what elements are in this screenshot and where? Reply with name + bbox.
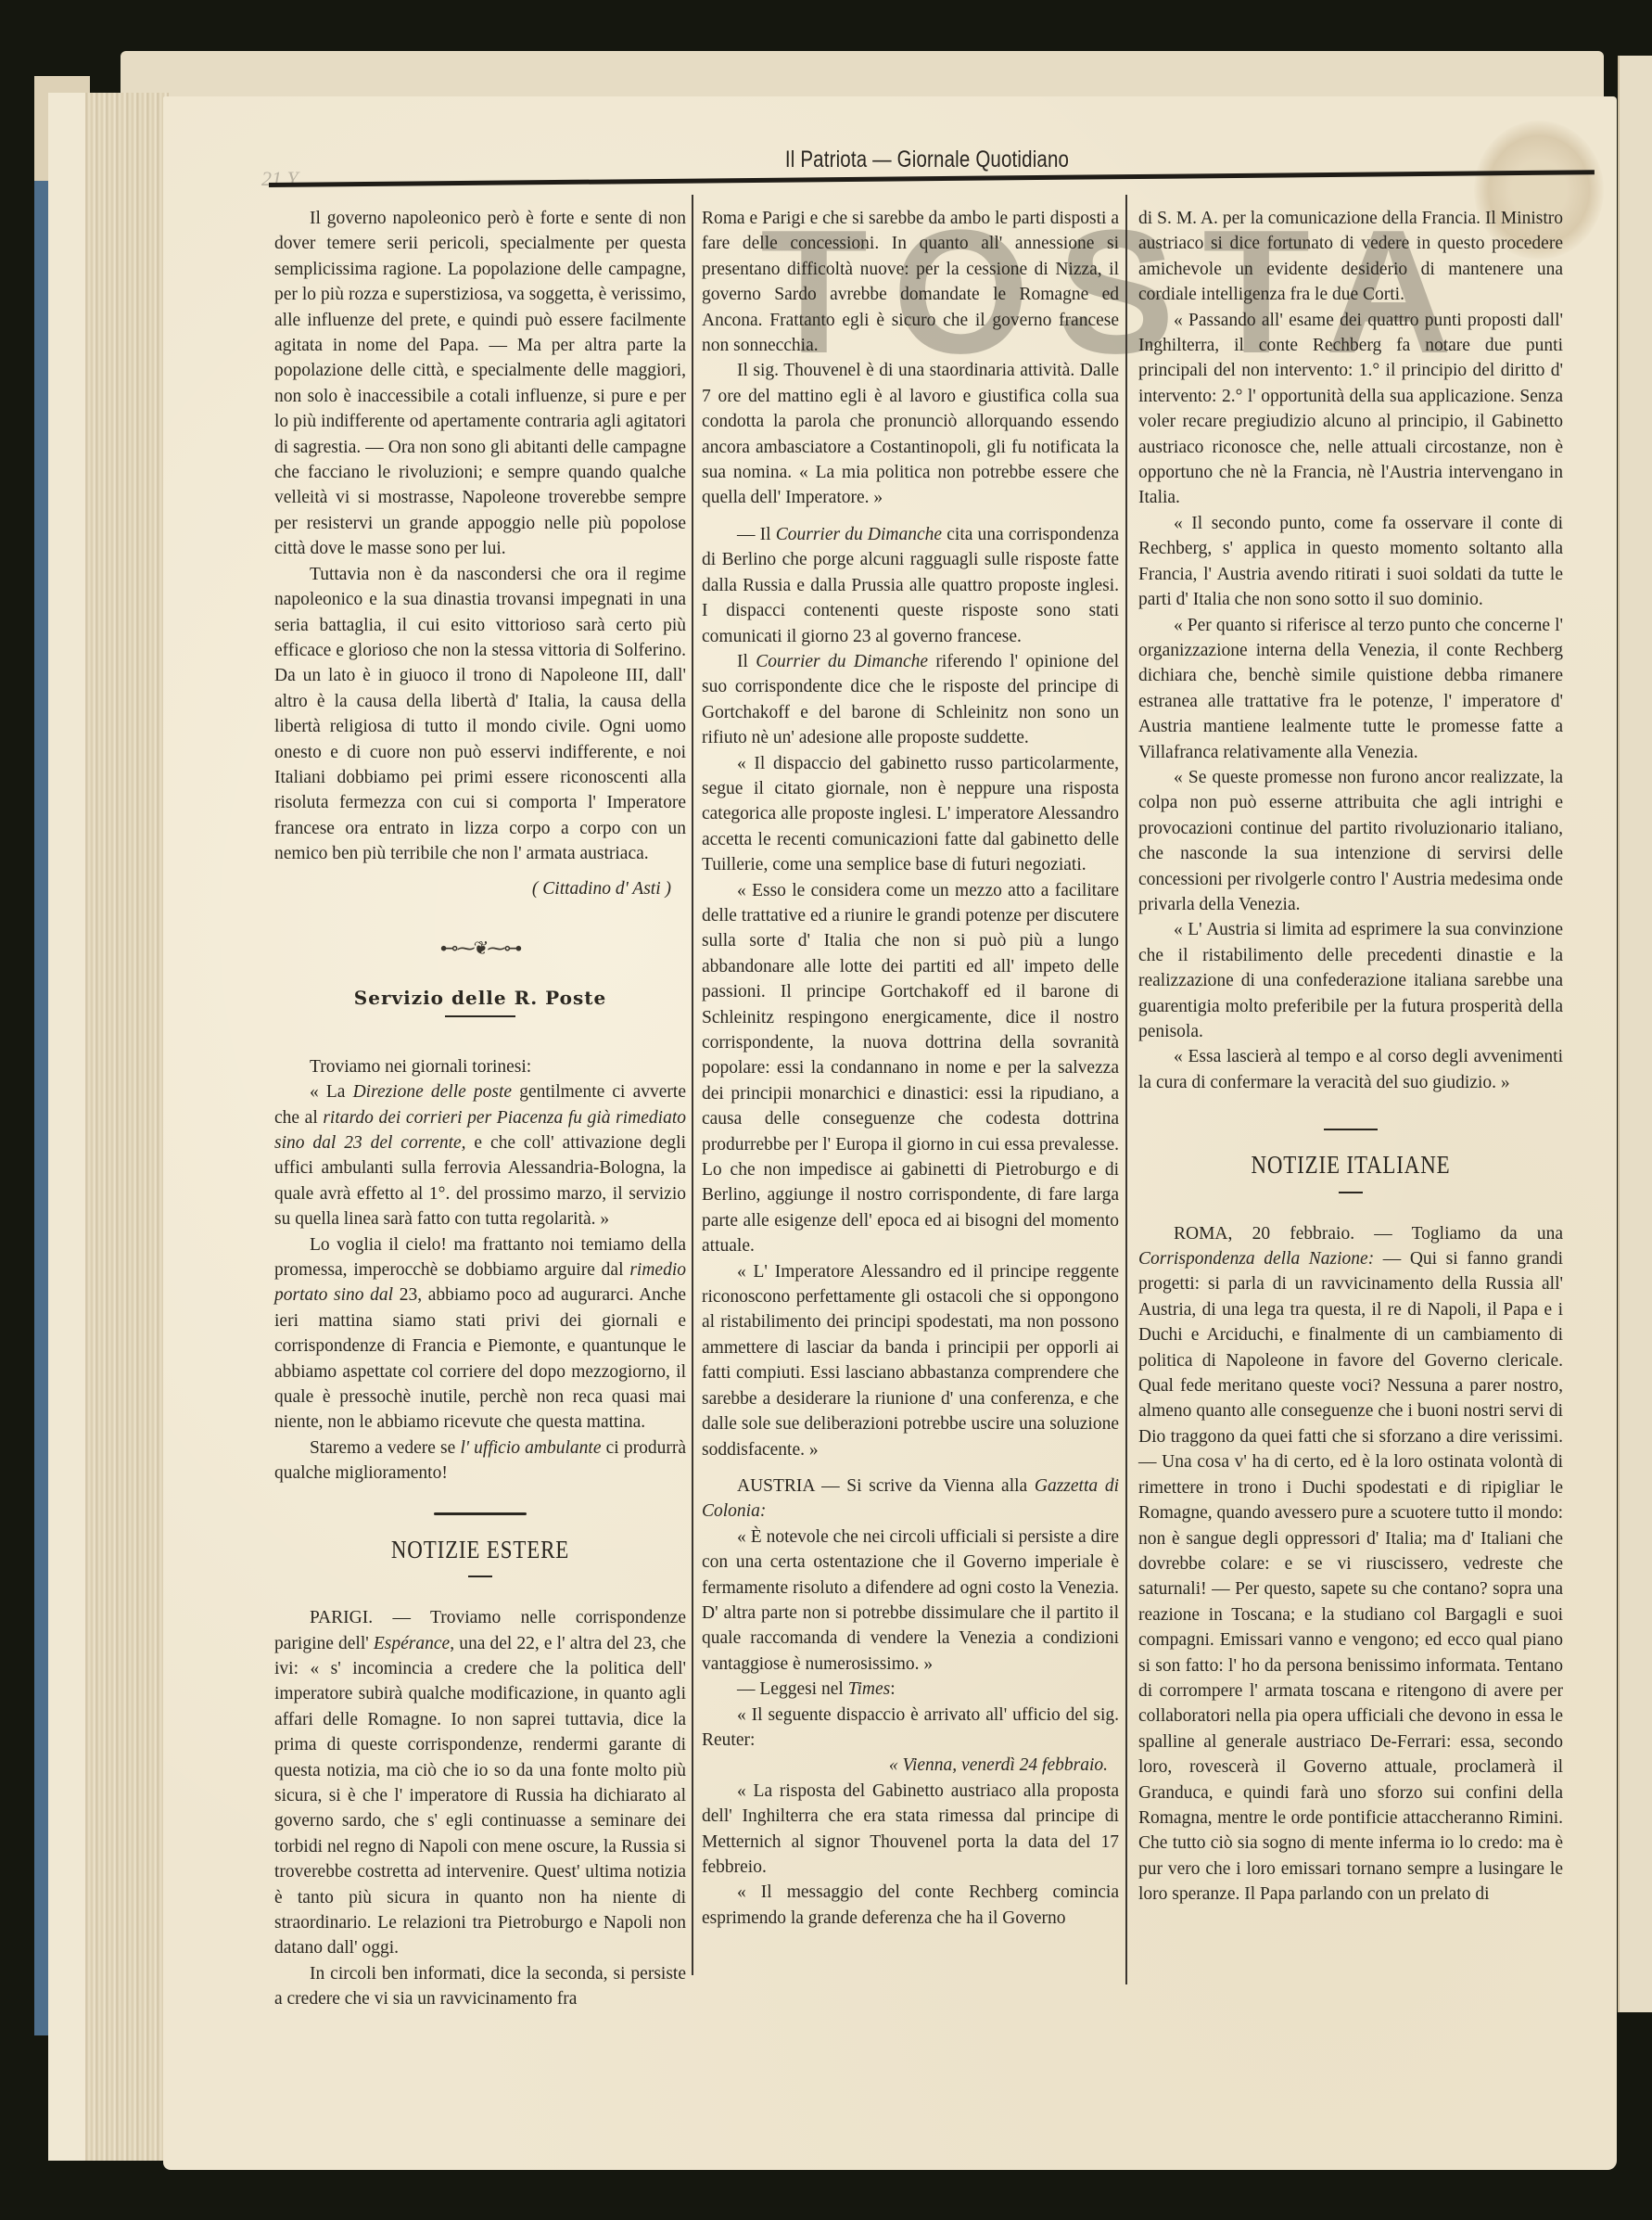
- page-marker: 21 Y: [261, 167, 299, 191]
- ornament-rule: [434, 1512, 527, 1515]
- paragraph: Il governo napoleonico però è forte e se…: [274, 206, 686, 562]
- paragraph: Staremo a vedere se l' ufficio ambulante…: [274, 1435, 686, 1486]
- paragraph: AUSTRIA — Si scrive da Vienna alla Gazze…: [702, 1474, 1119, 1525]
- page-stack-edge: [48, 93, 169, 2161]
- paragraph: Il sig. Thouvenel è di una staordinaria …: [702, 358, 1119, 510]
- quote-paragraph: « Il dispaccio del gabinetto russo parti…: [702, 751, 1119, 878]
- title-dash: [1339, 1192, 1363, 1193]
- quote-paragraph: « L' Imperatore Alessandro ed il princip…: [702, 1259, 1119, 1462]
- quote-paragraph: « Passando all' esame dei quattro punti …: [1138, 308, 1563, 511]
- quote-paragraph: « L' Austria si limita ad esprimere la s…: [1138, 917, 1563, 1044]
- page-top-flap: [121, 51, 1604, 102]
- paragraph: Troviamo nei giornali torinesi:: [274, 1054, 686, 1079]
- quote-paragraph: « Il seguente dispaccio è arrivato all' …: [702, 1703, 1119, 1754]
- quote-paragraph: « Se queste promesse non furono ancor re…: [1138, 765, 1563, 917]
- column-3: di S. M. A. per la comunicazione della F…: [1138, 206, 1563, 1907]
- running-title: Il Patriota — Giornale Quotidiano: [760, 147, 1095, 173]
- paragraph: Il Courrier du Dimanche riferendo l' opi…: [702, 649, 1119, 751]
- quote-paragraph: « La Direzione delle poste gentilmente c…: [274, 1079, 686, 1231]
- next-page-edge: [1618, 56, 1652, 2012]
- quote-paragraph: « Il messaggio del conte Rechberg cominc…: [702, 1880, 1119, 1931]
- section-title-italiane: NOTIZIE ITALIANE: [1170, 1153, 1531, 1178]
- section-title-estere: NOTIZIE ESTERE: [305, 1537, 654, 1563]
- paragraph: PARIGI. — Troviamo nelle corrispondenze …: [274, 1605, 686, 1961]
- quote-paragraph: « È notevole che nei circoli ufficiali s…: [702, 1525, 1119, 1677]
- flyleaf: [48, 93, 85, 2161]
- paragraph: ROMA, 20 febbraio. — Togliamo da una Cor…: [1138, 1221, 1563, 1907]
- title-dash: [468, 1576, 492, 1577]
- paragraph: — Leggesi nel Times:: [702, 1677, 1119, 1702]
- quote-paragraph: « Esso le considera come un mezzo atto a…: [702, 878, 1119, 1259]
- paragraph: di S. M. A. per la comunicazione della F…: [1138, 206, 1563, 308]
- ornament-divider: ⊷⁓❦⁓⊶: [274, 937, 686, 962]
- title-underline: [445, 1015, 515, 1017]
- quote-paragraph: « La risposta del Gabinetto austriaco al…: [702, 1779, 1119, 1881]
- quote-paragraph: « Il secondo punto, come fa osservare il…: [1138, 511, 1563, 613]
- paragraph: Lo voglia il cielo! ma frattanto noi tem…: [274, 1232, 686, 1435]
- paragraph: In circoli ben informati, dice la second…: [274, 1961, 686, 2012]
- column-rule: [1125, 195, 1127, 1984]
- paragraph: Tuttavia non è da nascondersi che ora il…: [274, 562, 686, 867]
- dateline: « Vienna, venerdì 24 febbraio.: [702, 1753, 1108, 1778]
- paragraph: — Il Courrier du Dimanche cita una corri…: [702, 522, 1119, 649]
- quote-paragraph: « Essa lascierà al tempo e al corso degl…: [1138, 1044, 1563, 1095]
- column-1: Il governo napoleonico però è forte e se…: [274, 206, 686, 2012]
- section-title-poste: Servizio delle R. Poste: [274, 986, 686, 1011]
- section-rule: [1324, 1129, 1378, 1130]
- quote-paragraph: « Per quanto si riferisce al terzo punto…: [1138, 613, 1563, 765]
- column-rule: [692, 195, 693, 1975]
- paragraph: Roma e Parigi e che si sarebbe da ambo l…: [702, 206, 1119, 358]
- source-attribution: ( Cittadino d' Asti ): [274, 876, 671, 901]
- column-2: Roma e Parigi e che si sarebbe da ambo l…: [702, 206, 1119, 1931]
